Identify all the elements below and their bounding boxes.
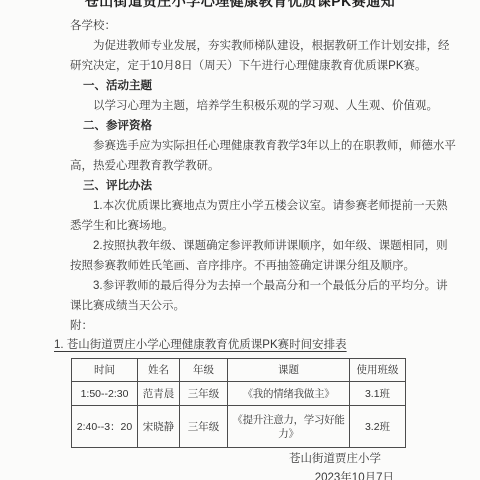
cell-time: 2:40--3：20 <box>72 406 138 448</box>
doc-title: 苍山街道贾庄小学心理健康教育优质课PK赛通知 <box>0 0 480 11</box>
table-row: 2:40--3：20 宋晓静 三年级 《提升注意力，学习好能力》 3.2班 <box>72 406 406 448</box>
table-header-row: 时间 姓名 年级 课题 使用班级 <box>72 359 406 382</box>
signature-date: 2023年10月7日 <box>70 471 445 480</box>
intro-line-1: 为促进教师专业发展，夯实教师梯队建设，根据教研工作计划安排，经 <box>70 36 445 56</box>
col-header-time: 时间 <box>72 359 138 382</box>
cell-time: 1:50--2:30 <box>72 382 138 406</box>
schedule-table: 时间 姓名 年级 课题 使用班级 1:50--2:30 范青晨 三年级 《我的情… <box>71 358 406 448</box>
signature-school: 苍山街道贾庄小学 <box>70 452 445 467</box>
doc-body: 各学校： 为促进教师专业发展，夯实教师梯队建设，根据教研工作计划安排，经 研究决… <box>70 16 445 480</box>
section-1-line-1: 以学习心理为主题，培养学生积极乐观的学习观、人生观、价值观。 <box>70 96 445 116</box>
section-3-item-2-line-1: 2.按照执教年级、课题确定参评教师讲课顺序，如年级、课题相同，则 <box>70 236 445 256</box>
notice-document: 苍山街道贾庄小学心理健康教育优质课PK赛通知 各学校： 为促进教师专业发展，夯实… <box>0 0 480 480</box>
section-3-heading: 三、评比办法 <box>70 176 445 196</box>
cell-topic: 《提升注意力，学习好能力》 <box>228 406 350 448</box>
cell-topic: 《我的情绪我做主》 <box>228 382 350 406</box>
table-row: 1:50--2:30 范青晨 三年级 《我的情绪我做主》 3.1班 <box>72 382 406 406</box>
col-header-topic: 课题 <box>228 359 350 382</box>
attachment-label: 附： <box>70 316 445 336</box>
cell-class: 3.2班 <box>350 406 406 448</box>
salutation: 各学校： <box>70 16 445 36</box>
cell-name: 宋晓静 <box>138 406 180 448</box>
section-2-line-2: 高，热爱心理教育教学教研。 <box>70 156 445 176</box>
attachment-title: 1. 苍山街道贾庄小学心理健康教育优质课PK赛时间安排表 <box>54 336 445 354</box>
intro-line-2: 研究决定，定于10月8日（周天）下午进行心理健康教育优质课PK赛。 <box>70 56 445 76</box>
col-header-grade: 年级 <box>180 359 228 382</box>
section-2-heading: 二、参评资格 <box>70 116 445 136</box>
section-3-item-3-line-2: 课比赛成绩当天公示。 <box>70 296 445 316</box>
section-3-item-1-line-2: 悉学生和比赛场地。 <box>70 216 445 236</box>
cell-grade: 三年级 <box>180 382 228 406</box>
section-3-item-1-line-1: 1.本次优质课比赛地点为贾庄小学五楼会议室。请参赛老师提前一天熟 <box>70 196 445 216</box>
section-1-heading: 一、活动主题 <box>70 76 445 96</box>
cell-grade: 三年级 <box>180 406 228 448</box>
col-header-class: 使用班级 <box>350 359 406 382</box>
cell-name: 范青晨 <box>138 382 180 406</box>
section-2-line-1: 参赛选手应为实际担任心理健康教育教学3年以上的在职教师，师德水平 <box>70 136 445 156</box>
cell-class: 3.1班 <box>350 382 406 406</box>
section-3-item-2-line-2: 按照参赛教师姓氏笔画、音序排序。不再抽签确定讲课分组及顺序。 <box>70 256 445 276</box>
section-3-item-3-line-1: 3.参评教师的最后得分为去掉一个最高分和一个最低分后的平均分。讲 <box>70 276 445 296</box>
col-header-name: 姓名 <box>138 359 180 382</box>
